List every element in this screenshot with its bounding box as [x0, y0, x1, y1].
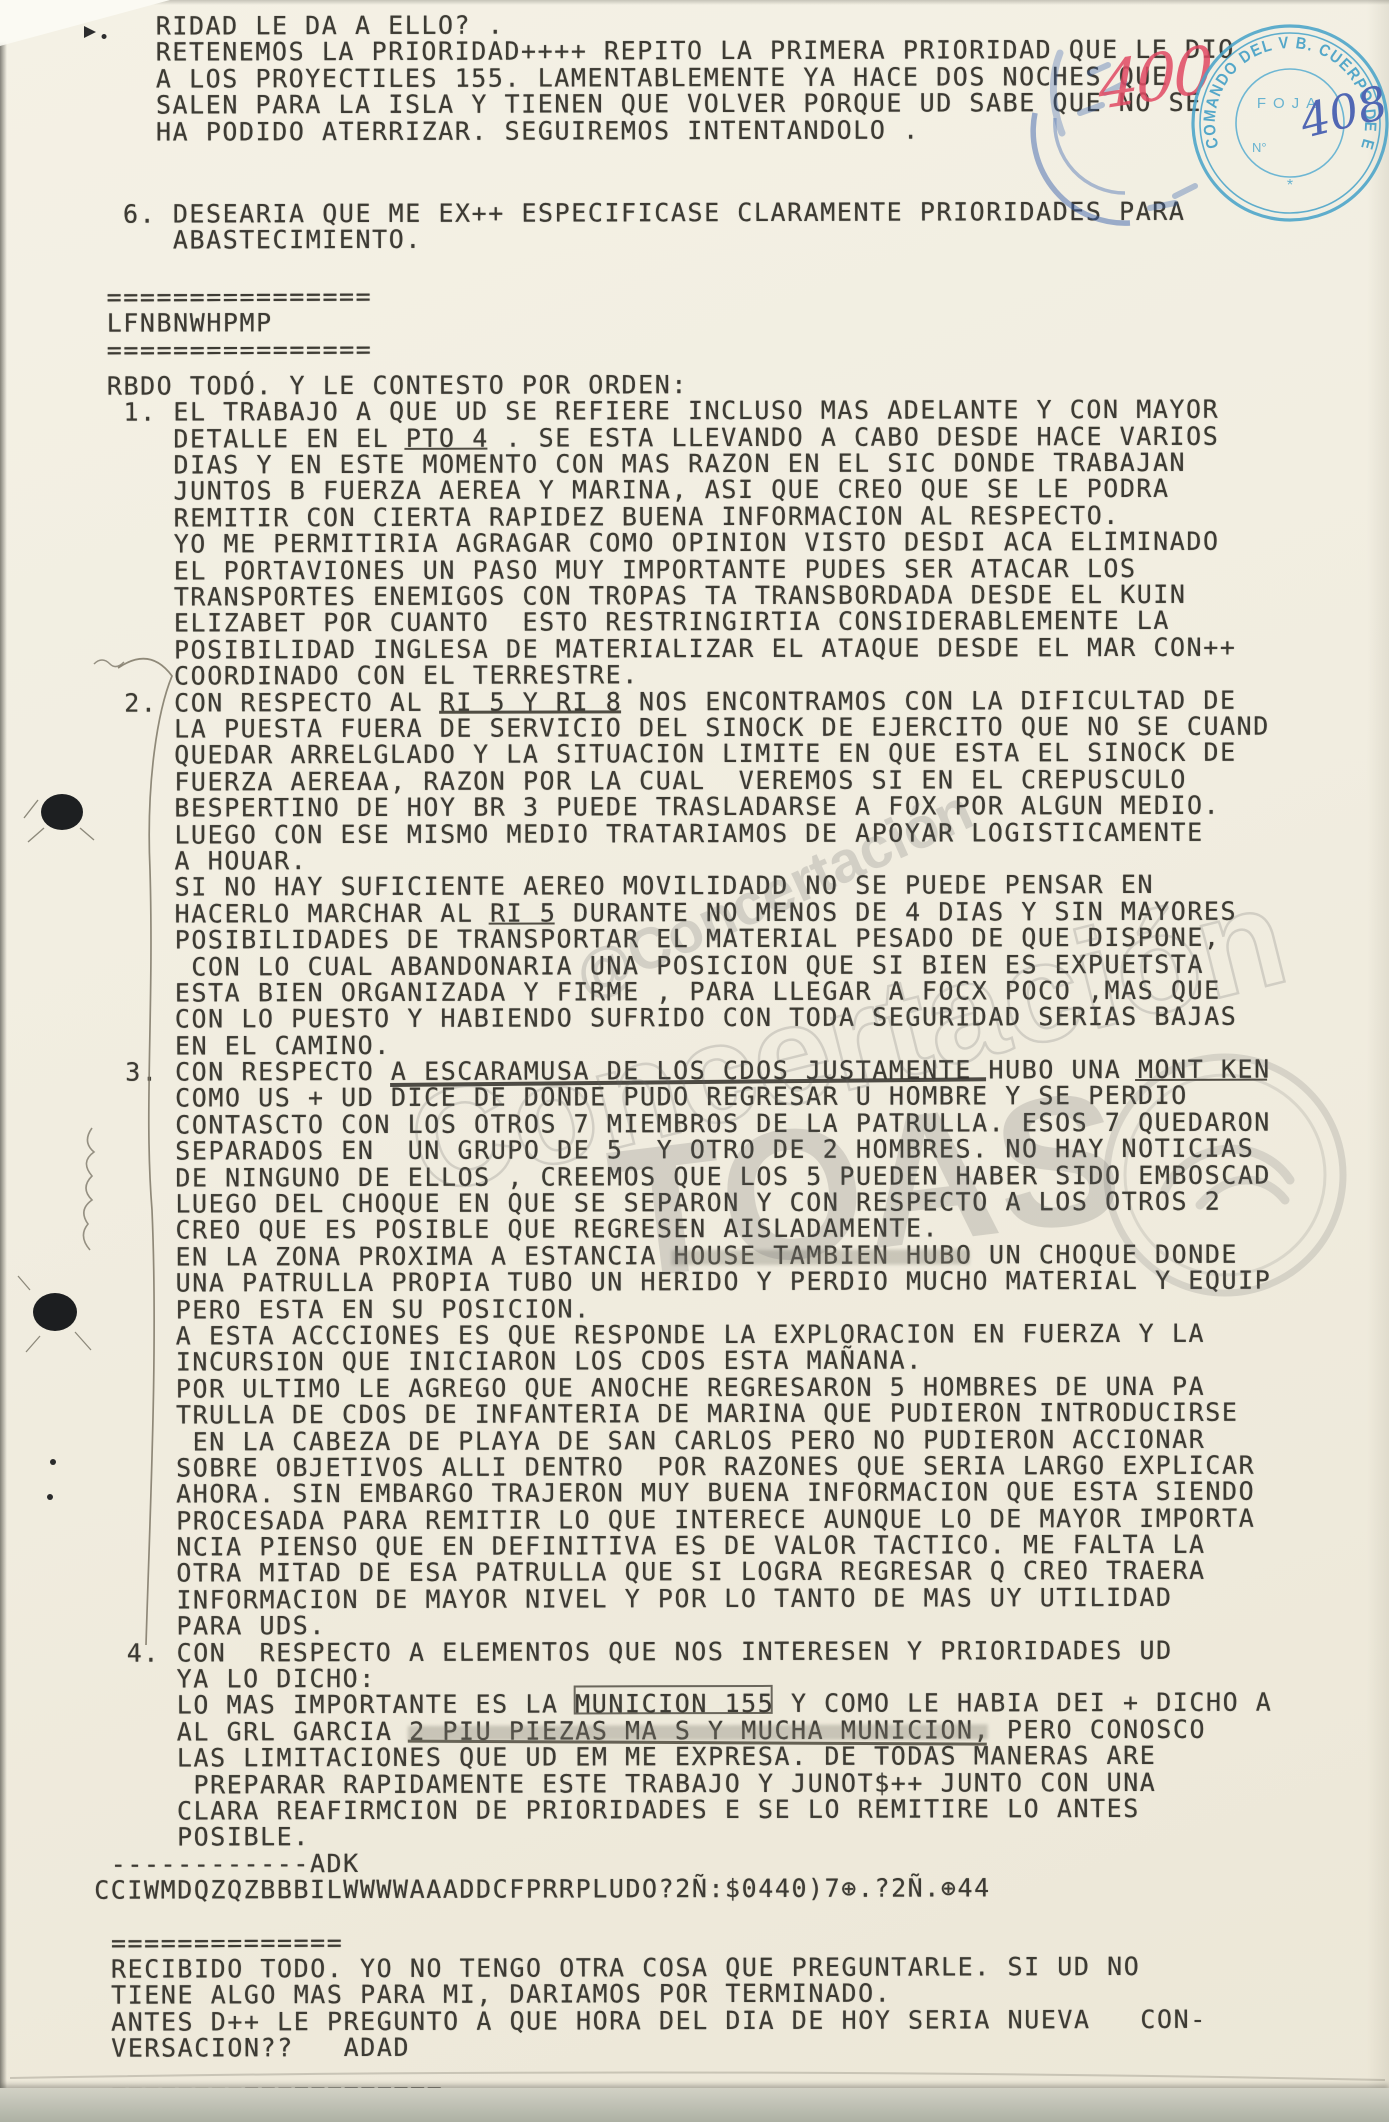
doc-line: LAS LIMITACIONES QUE UD EM ME EXPRESA. D…: [94, 1741, 1389, 1771]
doc-line: SOBRE OBJETIVOS ALLI DENTRO POR RAZONES …: [93, 1450, 1389, 1480]
doc-line: INCURSION QUE INICIARON LOS CDOS ESTA MA…: [93, 1345, 1389, 1375]
doc-block: ============== RECIBIDO TODO. YO NO TENG…: [94, 1925, 1389, 2060]
doc-line: EN LA CABEZA DE PLAYA DE SAN CARLOS PERO…: [93, 1424, 1389, 1454]
doc-line: A ESTA ACCCIONES ES QUE RESPONDE LA EXPL…: [93, 1318, 1389, 1348]
doc-block: ================ LFNBNWHPMP ============…: [90, 279, 1389, 362]
doc-line: AL GRL GARCIA 2 PIU PIEZAS MA S Y MUCHA …: [94, 1714, 1389, 1744]
ink-blot-1: [24, 794, 94, 842]
doc-line: ================: [90, 332, 1389, 362]
round-ink-stamp: COMANDO DEL V B. CUERPO DE EJERCITO FOJA…: [1140, 8, 1389, 238]
scanned-document-page: RIDAD LE DA A ELLO? . RETENEMOS LA PRIOR…: [0, 0, 1389, 2122]
doc-line: ------------ADK: [94, 1846, 1389, 1876]
ink-dot-2: [47, 1494, 53, 1500]
doc-line: PROCESADA PARA REMITIR LO QUE INTERECE A…: [93, 1503, 1389, 1533]
doc-line: DETALLE EN EL PTO 4 . SE ESTA LLEVANDO A…: [90, 421, 1389, 451]
doc-line: ==============: [94, 1925, 1389, 1955]
smear-annotation: [408, 1724, 987, 1741]
doc-line: 4. CON RESPECTO A ELEMENTOS QUE NOS INTE…: [94, 1635, 1389, 1665]
doc-line: ELIZABET POR CUANTO ESTO RESTRINGIRTIA C…: [91, 606, 1389, 636]
ink-dot-1: [50, 1459, 56, 1465]
doc-line: REMITIR CON CIERTA RAPIDEZ BUENA INFORMA…: [91, 500, 1389, 530]
doc-line: INFORMACION DE MAYOR NIVEL Y POR LO TANT…: [93, 1582, 1389, 1612]
doc-line: TRULLA DE CDOS DE INFANTERIA DE MARINA Q…: [93, 1397, 1389, 1427]
watermark-bird-glyph: [1165, 1149, 1290, 1205]
doc-line: OTRA MITAD DE ESA PATRULLA QUE SI LOGRA …: [93, 1556, 1389, 1586]
ink-blot-2: [18, 1276, 91, 1352]
doc-line: TRANSPORTES ENEMIGOS CON TROPAS TA TRANS…: [91, 579, 1389, 609]
doc-line: PREPARAR RAPIDAMENTE ESTE TRABAJO Y JUNO…: [94, 1767, 1389, 1797]
doc-line: PARA UDS.: [93, 1609, 1389, 1639]
doc-block: 4. CON RESPECTO A ELEMENTOS QUE NOS INTE…: [94, 1635, 1389, 1850]
doc-line: POSIBILIDAD INGLESA DE MATERIALIZAR EL A…: [91, 632, 1389, 662]
doc-line: DIAS Y EN ESTE MOMENTO CON MAS RAZON EN …: [90, 447, 1389, 477]
doc-line: ================: [90, 279, 1389, 309]
doc-line: LA PUESTA FUERA DE SERVICIO DEL SINOCK D…: [91, 711, 1389, 741]
doc-line: ANTES D++ LE PREGUNTO A QUE HORA DEL DIA…: [94, 2004, 1389, 2034]
scan-background-bottom: [0, 2088, 1389, 2122]
doc-line: LFNBNWHPMP: [90, 305, 1389, 335]
doc-line: VERSACION?? ADAD: [95, 2030, 1389, 2060]
doc-line: YA LO DICHO:: [94, 1661, 1389, 1691]
doc-line: FUERZA AEREAA, RAZON POR LA CUAL VEREMOS…: [91, 764, 1389, 794]
scan-edge-left: [0, 0, 7, 2122]
doc-line: 2. CON RESPECTO AL RI 5 Y RI 8 NOS ENCON…: [91, 685, 1389, 715]
doc-line: COORDINADO CON EL TERRESTRE.: [91, 659, 1389, 689]
doc-line: BESPERTINO DE HOY BR 3 PUEDE TRASLADARSE…: [91, 790, 1389, 820]
doc-line: POSIBLE.: [94, 1820, 1389, 1850]
doc-line: EL PORTAVIONES UN PASO MUY IMPORTANTE PU…: [91, 553, 1389, 583]
doc-line: AHORA. SIN EMBARGO TRAJERON MUY BUENA IN…: [93, 1477, 1389, 1507]
watermark-logo-ring: [1090, 1040, 1360, 1310]
doc-line: RBDO TODÓ. Y LE CONTESTO POR ORDEN:: [90, 368, 1389, 398]
stamp-number-label: N°: [1252, 140, 1267, 155]
doc-line: YO ME PERMITIRIA AGRAGAR COMO OPINION VI…: [91, 527, 1389, 557]
doc-block: RBDO TODÓ. Y LE CONTESTO POR ORDEN: 1. E…: [90, 368, 1389, 688]
doc-line: A HOUAR.: [91, 843, 1389, 873]
doc-line: NCIA PIENSO QUE EN DEFINITIVA ES DE VALO…: [93, 1529, 1389, 1559]
doc-line: TIENE ALGO MAS PARA MI, DARIAMOS POR TER…: [94, 1978, 1389, 2008]
stamp-area: 400 COMANDO DEL V B. CUERPO DE EJERCITO …: [980, 0, 1389, 250]
stamp-star-glyph: *: [1287, 177, 1293, 194]
doc-block: ------------ADKCCIWMDQZQZBBBILWWWWAAADDC…: [94, 1846, 1389, 1902]
doc-line: LO MAS IMPORTANTE ES LA MUNICION 155 Y C…: [94, 1688, 1389, 1718]
doc-line: 1. EL TRABAJO A QUE UD SE REFIERE INCLUS…: [90, 395, 1389, 425]
doc-line: LUEGO CON ESE MISMO MEDIO TRATARIAMOS DE…: [91, 817, 1389, 847]
doc-line: QUEDAR ARRELGLADO Y LA SITUACION LIMITE …: [91, 738, 1389, 768]
doc-line: JUNTOS B FUERZA AEREA Y MARINA, ASI QUE …: [90, 474, 1389, 504]
doc-line: POR ULTIMO LE AGREGO QUE ANOCHE REGRESAR…: [93, 1371, 1389, 1401]
doc-line: RECIBIDO TODO. YO NO TENGO OTRA COSA QUE…: [94, 1951, 1389, 1981]
doc-line: CCIWMDQZQZBBBILWWWWAAADDCFPRRPLUDO?2Ñ:$0…: [94, 1872, 1389, 1902]
doc-line: CLARA REAFIRMCION DE PRIORIDADES E SE LO…: [94, 1793, 1389, 1823]
box-annotation: [574, 1685, 773, 1715]
